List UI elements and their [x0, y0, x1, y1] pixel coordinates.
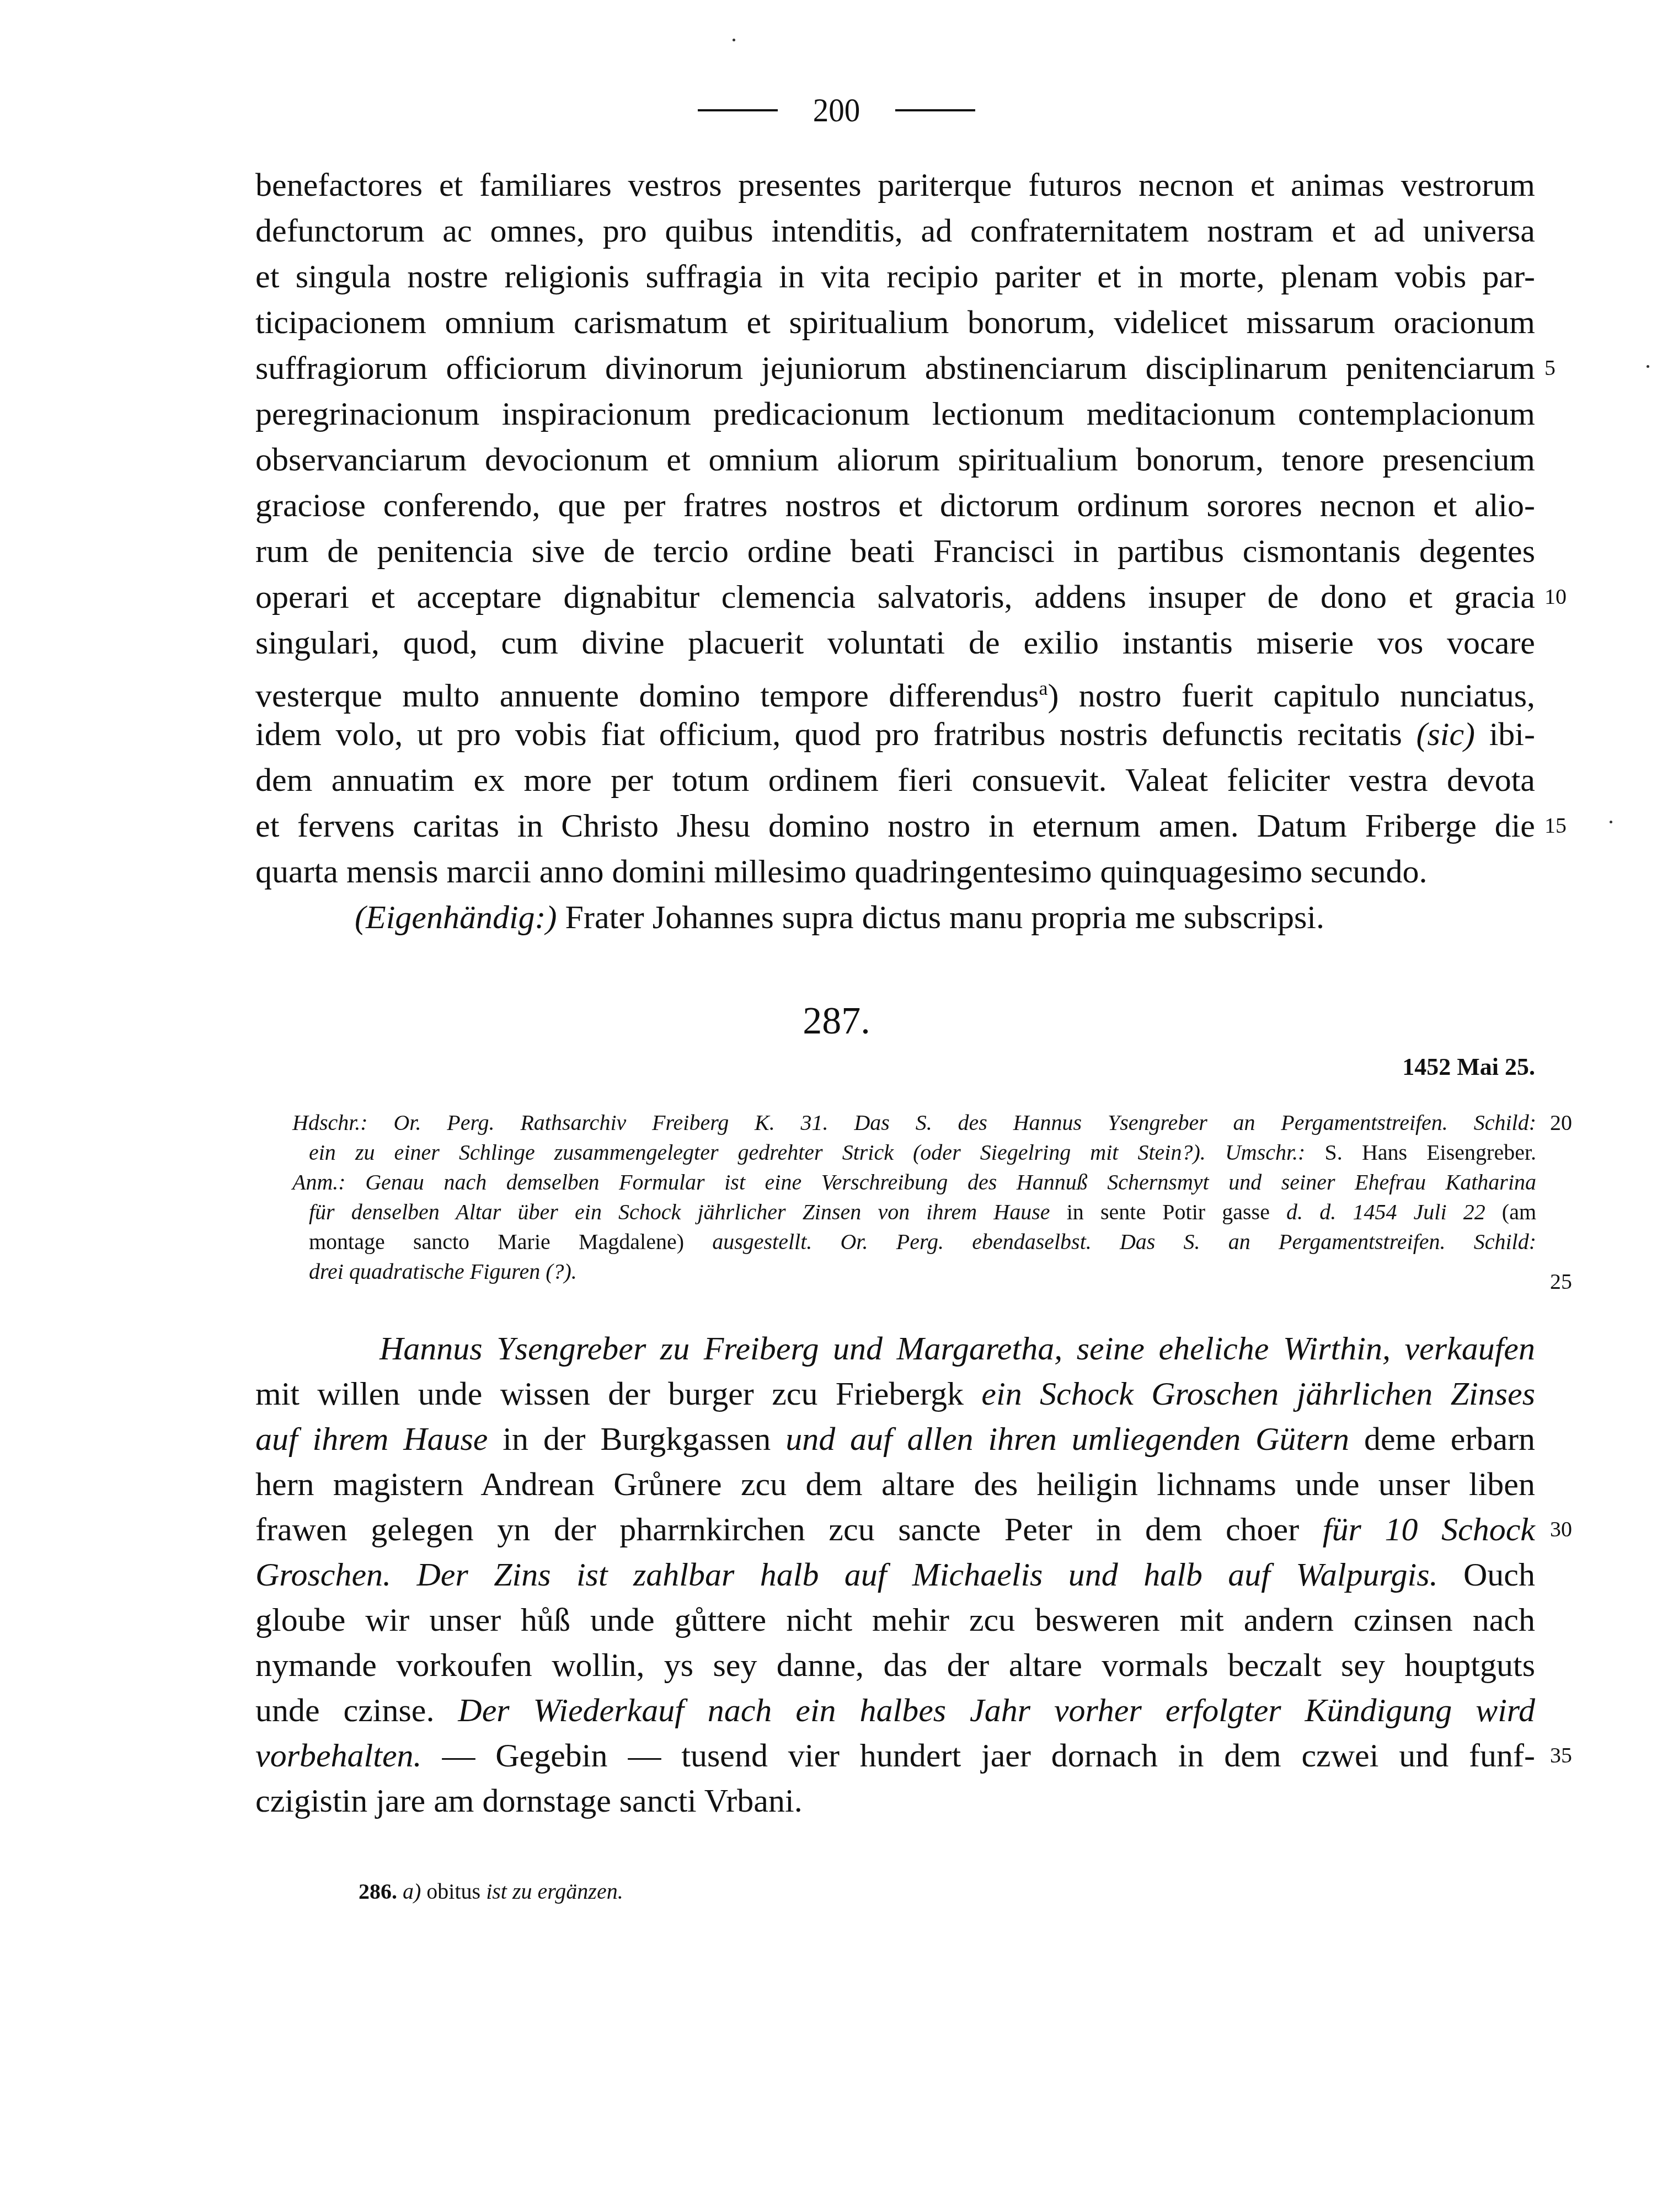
text-line: operari et acceptare dignabitur clemenci… — [255, 577, 1535, 616]
footnote-ref: 286. — [359, 1879, 397, 1904]
source-text: nymande vorkoufen wollin, ys sey danne, … — [255, 1647, 1535, 1683]
text-line: et singula nostre religionis suffragia i… — [255, 257, 1535, 296]
text-line: vesterque multo annuente domino tempore … — [255, 669, 1535, 715]
regest-text: vorbehalten. — [255, 1737, 442, 1774]
text-line: suffragiorum officiorum divinorum jejuni… — [255, 349, 1535, 387]
line-text: quarta mensis marcii anno domini millesi… — [255, 853, 1428, 890]
line-number: 5 — [1544, 349, 1556, 387]
document-date: 1452 Mai 25. — [1402, 1051, 1535, 1084]
regest-text: für 10 Schock — [1323, 1511, 1535, 1547]
line-text: et fervens caritas in Christo Jhesu domi… — [255, 807, 1535, 844]
line-text: defunctorum ac omnes, pro quibus intendi… — [255, 212, 1535, 249]
line-text: graciose conferendo, que per fratres nos… — [255, 487, 1535, 523]
text-line: vorbehalten. — Gegebin — tusend vier hun… — [255, 1736, 1535, 1775]
line-text: operari et acceptare dignabitur clemenci… — [255, 579, 1535, 615]
previous-document-text: benefactores et familiares vestros prese… — [255, 165, 1535, 949]
line-text: observanciarum devocionum et omnium alio… — [255, 441, 1535, 478]
line-text: dem annuatim ex more per totum ordinem f… — [255, 762, 1535, 798]
line-text-after: ) nostro fuerit capitulo nunciatus, — [1047, 677, 1535, 714]
line-number: 10 — [1544, 577, 1567, 616]
line-text: suffragiorum officiorum divinorum jejuni… — [255, 350, 1535, 386]
source-text: czigistin jare am dornstage sancti Vrban… — [255, 1782, 803, 1819]
source-text: hern magistern Andrean Grůnere zcu dem a… — [255, 1466, 1535, 1502]
source-text: gloube wir unser hůß unde gůttere nicht … — [255, 1602, 1535, 1638]
apparatus-text: drei quadratische Figuren (?). — [309, 1259, 577, 1284]
line-number: 35 — [1550, 1736, 1572, 1775]
text-line: singulari, quod, cum divine placuerit vo… — [255, 623, 1535, 662]
source-text: Ouch — [1463, 1556, 1535, 1593]
text-line: Groschen. Der Zins ist zahlbar halb auf … — [255, 1555, 1535, 1594]
text-line: benefactores et familiares vestros prese… — [255, 165, 1535, 204]
line-text-after: ibi- — [1475, 716, 1535, 752]
apparatus-line: drei quadratische Figuren (?). — [309, 1257, 1536, 1286]
page-header: 200 — [0, 88, 1673, 132]
regest-text: Groschen. Der Zins ist zahlbar halb auf … — [255, 1556, 1463, 1593]
document-number: 287. — [0, 999, 1673, 1043]
scan-speck — [733, 39, 735, 41]
line-text: idem volo, ut pro vobis fiat officium, q… — [255, 716, 1402, 752]
source-text: — Gegebin — tusend vier hundert jaer dor… — [442, 1737, 1535, 1774]
footnote-marker: a — [1039, 677, 1047, 699]
source-text: unde czinse. — [255, 1692, 458, 1728]
text-line: defunctorum ac omnes, pro quibus intendi… — [255, 211, 1535, 250]
scan-speck — [1647, 365, 1649, 368]
line-text: vesterque multo annuente domino tempore … — [255, 677, 1039, 714]
line-number: 20 — [1550, 1108, 1572, 1137]
apparatus-line: ein zu einer Schlinge zusammengelegter g… — [309, 1138, 1536, 1167]
text-line: quarta mensis marcii anno domini millesi… — [255, 852, 1535, 891]
page-number: 200 — [813, 93, 860, 127]
line-number: 30 — [1550, 1510, 1572, 1549]
apparatus-text: (am — [1502, 1199, 1536, 1224]
line-text: benefactores et familiares vestros prese… — [255, 167, 1535, 203]
text-line: nymande vorkoufen wollin, ys sey danne, … — [255, 1646, 1535, 1684]
apparatus-text: ein zu einer Schlinge zusammengelegter g… — [309, 1140, 1325, 1165]
document-body: Hannus Ysengreber zu Freiberg und Margar… — [255, 1329, 1535, 1842]
text-line: graciose conferendo, que per fratres nos… — [255, 486, 1535, 524]
line-text: rum de penitencia sive de tercio ordine … — [255, 533, 1535, 569]
text-line: rum de penitencia sive de tercio ordine … — [255, 532, 1535, 570]
source-text: in der Burgkgassen — [503, 1421, 785, 1457]
regest-text: ein Schock Groschen jährlichen Zinses — [981, 1375, 1535, 1412]
regest-text: und auf allen ihren umliegenden Gütern — [785, 1421, 1364, 1457]
document-apparatus: Hdschr.: Or. Perg. Rathsarchiv Freiberg … — [309, 1108, 1536, 1290]
line-number: 25 — [1550, 1267, 1572, 1296]
source-text: frawen gelegen yn der pharrnkirchen zcu … — [255, 1511, 1323, 1547]
line-text: et singula nostre religionis suffragia i… — [255, 258, 1535, 294]
source-text: deme erbarn — [1364, 1421, 1535, 1457]
regest-text: Hannus Ysengreber zu Freiberg und Margar… — [380, 1330, 1535, 1367]
apparatus-line: Hdschr.: Or. Perg. Rathsarchiv Freiberg … — [292, 1108, 1536, 1137]
text-line: Hannus Ysengreber zu Freiberg und Margar… — [255, 1329, 1535, 1368]
text-line: unde czinse. Der Wiederkauf nach ein hal… — [255, 1691, 1535, 1729]
apparatus-line: montage sancto Marie Magdalene) ausgeste… — [309, 1228, 1536, 1256]
editorial-sic: (sic) — [1416, 716, 1475, 752]
line-text: ticipacionem omnium carismatum et spirit… — [255, 304, 1535, 340]
apparatus-text: montage sancto Marie Magdalene) — [309, 1229, 712, 1254]
text-line: czigistin jare am dornstage sancti Vrban… — [255, 1781, 1535, 1820]
text-line: observanciarum devocionum et omnium alio… — [255, 440, 1535, 479]
text-line: idem volo, ut pro vobis fiat officium, q… — [255, 715, 1535, 753]
footnote: 286. a) obitus ist zu ergänzen. — [359, 1875, 623, 1908]
text-line: dem annuatim ex more per totum ordinem f… — [255, 760, 1535, 799]
text-line: et fervens caritas in Christo Jhesu domi… — [255, 806, 1535, 845]
apparatus-text: d. d. 1454 Juli 22 — [1286, 1199, 1502, 1224]
source-text: mit willen unde wissen der burger zcu Fr… — [255, 1375, 981, 1412]
regest-text: auf ihrem Hause — [255, 1421, 503, 1457]
apparatus-text: ausgestellt. Or. Perg. ebendaselbst. Das… — [712, 1229, 1536, 1254]
line-number: 15 — [1544, 806, 1567, 845]
header-rule-right — [895, 109, 975, 111]
apparatus-text: für denselben Altar über ein Schock jähr… — [309, 1199, 1067, 1224]
header-rule-left — [698, 109, 778, 111]
footnote-marker: a) — [403, 1879, 421, 1904]
text-line: frawen gelegen yn der pharrnkirchen zcu … — [255, 1510, 1535, 1549]
text-line: mit willen unde wissen der burger zcu Fr… — [255, 1374, 1535, 1413]
apparatus-line: Anm.: Genau nach demselben Formular ist … — [292, 1168, 1536, 1197]
text-line: gloube wir unser hůß unde gůttere nicht … — [255, 1600, 1535, 1639]
text-line: hern magistern Andrean Grůnere zcu dem a… — [255, 1465, 1535, 1503]
text-line: peregrinacionum inspiracionum predicacio… — [255, 394, 1535, 433]
apparatus-text: Hdschr.: Or. Perg. Rathsarchiv Freiberg … — [292, 1110, 1536, 1135]
text-line: ticipacionem omnium carismatum et spirit… — [255, 303, 1535, 341]
footnote-text-italic: ist zu ergänzen. — [486, 1879, 623, 1904]
regest-text: Der Wiederkauf nach ein halbes Jahr vorh… — [458, 1692, 1535, 1728]
scan-speck — [1610, 821, 1612, 823]
signature-text: Frater Johannes supra dictus manu propri… — [565, 899, 1324, 935]
text-line: auf ihrem Hause in der Burgkgassen und a… — [255, 1420, 1535, 1458]
line-text: peregrinacionum inspiracionum predicacio… — [255, 395, 1535, 432]
apparatus-line: für denselben Altar über ein Schock jähr… — [309, 1198, 1536, 1226]
footnote-text-roman: obitus — [426, 1879, 480, 1904]
signature-prefix: (Eigenhändig:) — [355, 899, 557, 935]
line-text: singulari, quod, cum divine placuerit vo… — [255, 624, 1535, 661]
apparatus-text: S. Hans Eisengreber. — [1325, 1140, 1536, 1165]
apparatus-text: Anm.: Genau nach demselben Formular ist … — [292, 1170, 1536, 1195]
signature-line: (Eigenhändig:) Frater Johannes supra dic… — [255, 898, 1634, 936]
apparatus-text: in sente Potir gasse — [1067, 1199, 1286, 1224]
